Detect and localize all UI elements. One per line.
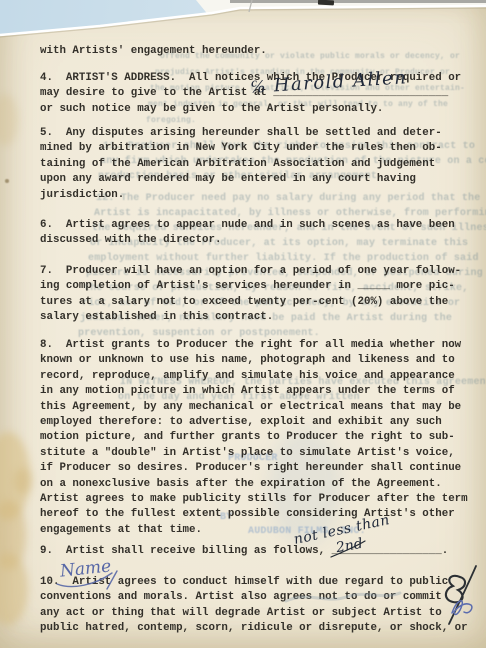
typed-line: ing completion of Artist's services here… xyxy=(40,279,461,294)
typed-line: on a nonexclusive basis after the expira… xyxy=(40,477,468,492)
typed-line: engagements at that time. xyxy=(40,523,468,538)
typed-line: any act or thing that will degrade Artis… xyxy=(40,606,468,621)
typed-line: public hatred, contemp, scorn, ridicule … xyxy=(40,621,468,636)
typed-line: or such notice may be given to the Artis… xyxy=(40,102,461,117)
paragraph-clause-8: 8. Artist grants to Producer the right f… xyxy=(40,338,468,538)
paper-stain xyxy=(0,94,18,146)
paper-stain-dot xyxy=(5,179,9,183)
typed-line: taining of the American Arbitration Asso… xyxy=(40,157,442,172)
typed-line: 8. Artist grants to Producer the right f… xyxy=(40,338,468,353)
photo-top-edge-line xyxy=(230,0,486,3)
typed-line: tures at a salary not to exceed twenty p… xyxy=(40,295,461,310)
typed-line: 7. Producer will have an option for a pe… xyxy=(40,264,461,279)
typed-line: motion picture, and further grants to Pr… xyxy=(40,430,468,445)
typed-line: salary established in this contract. xyxy=(40,310,461,325)
typed-line: with Artists' engagement hereunder. xyxy=(40,44,267,59)
contract-photo: offend the community or violate public m… xyxy=(0,0,486,648)
typed-line: this Agreement, by any mechanical or ele… xyxy=(40,400,468,415)
paragraph-clause-7: 7. Producer will have an option for a pe… xyxy=(40,264,461,326)
typed-line: record, reproduce, amplify and simulate … xyxy=(40,369,468,384)
typed-line: 10. Artist agrees to conduct himself wit… xyxy=(40,575,468,590)
typed-line: mined by arbitration in New York City un… xyxy=(40,141,442,156)
typed-line: employed therefore: to advertise, exploi… xyxy=(40,415,468,430)
paragraph-clause-3-tail: with Artists' engagement hereunder. xyxy=(40,44,267,59)
typed-line: conventions and morals. Artist also agre… xyxy=(40,590,468,605)
paper-stain xyxy=(14,468,32,494)
typed-line: Artist agrees to make publicity stills f… xyxy=(40,492,468,507)
contract-page: offend the community or violate public m… xyxy=(0,0,486,648)
top-edge-mark xyxy=(318,0,334,5)
typed-line: discussed with the director. xyxy=(40,233,455,248)
typed-line: 5. Any disputes arising hereunder shall … xyxy=(40,126,442,141)
typed-line: in any motion picture in which Artist ap… xyxy=(40,384,468,399)
paragraph-clause-5: 5. Any disputes arising hereunder shall … xyxy=(40,126,442,203)
typed-line: known or unknown to use his name, photog… xyxy=(40,353,468,368)
typed-line: 6. Artist agrees to appear nude and in s… xyxy=(40,218,455,233)
typed-line: hereof to the fullest extent possible co… xyxy=(40,507,468,522)
paper-stain xyxy=(0,553,28,625)
typed-line: jurisdiction. xyxy=(40,188,442,203)
typed-line: upon any award rendered may be entered i… xyxy=(40,172,442,187)
paragraph-clause-10: 10. Artist agrees to conduct himself wit… xyxy=(40,575,468,637)
typed-line: stitute a "double" in Artist's place to … xyxy=(40,446,468,461)
paragraph-clause-6: 6. Artist agrees to appear nude and in s… xyxy=(40,218,455,249)
typed-line: if Producer so desires. Producer's right… xyxy=(40,461,468,476)
